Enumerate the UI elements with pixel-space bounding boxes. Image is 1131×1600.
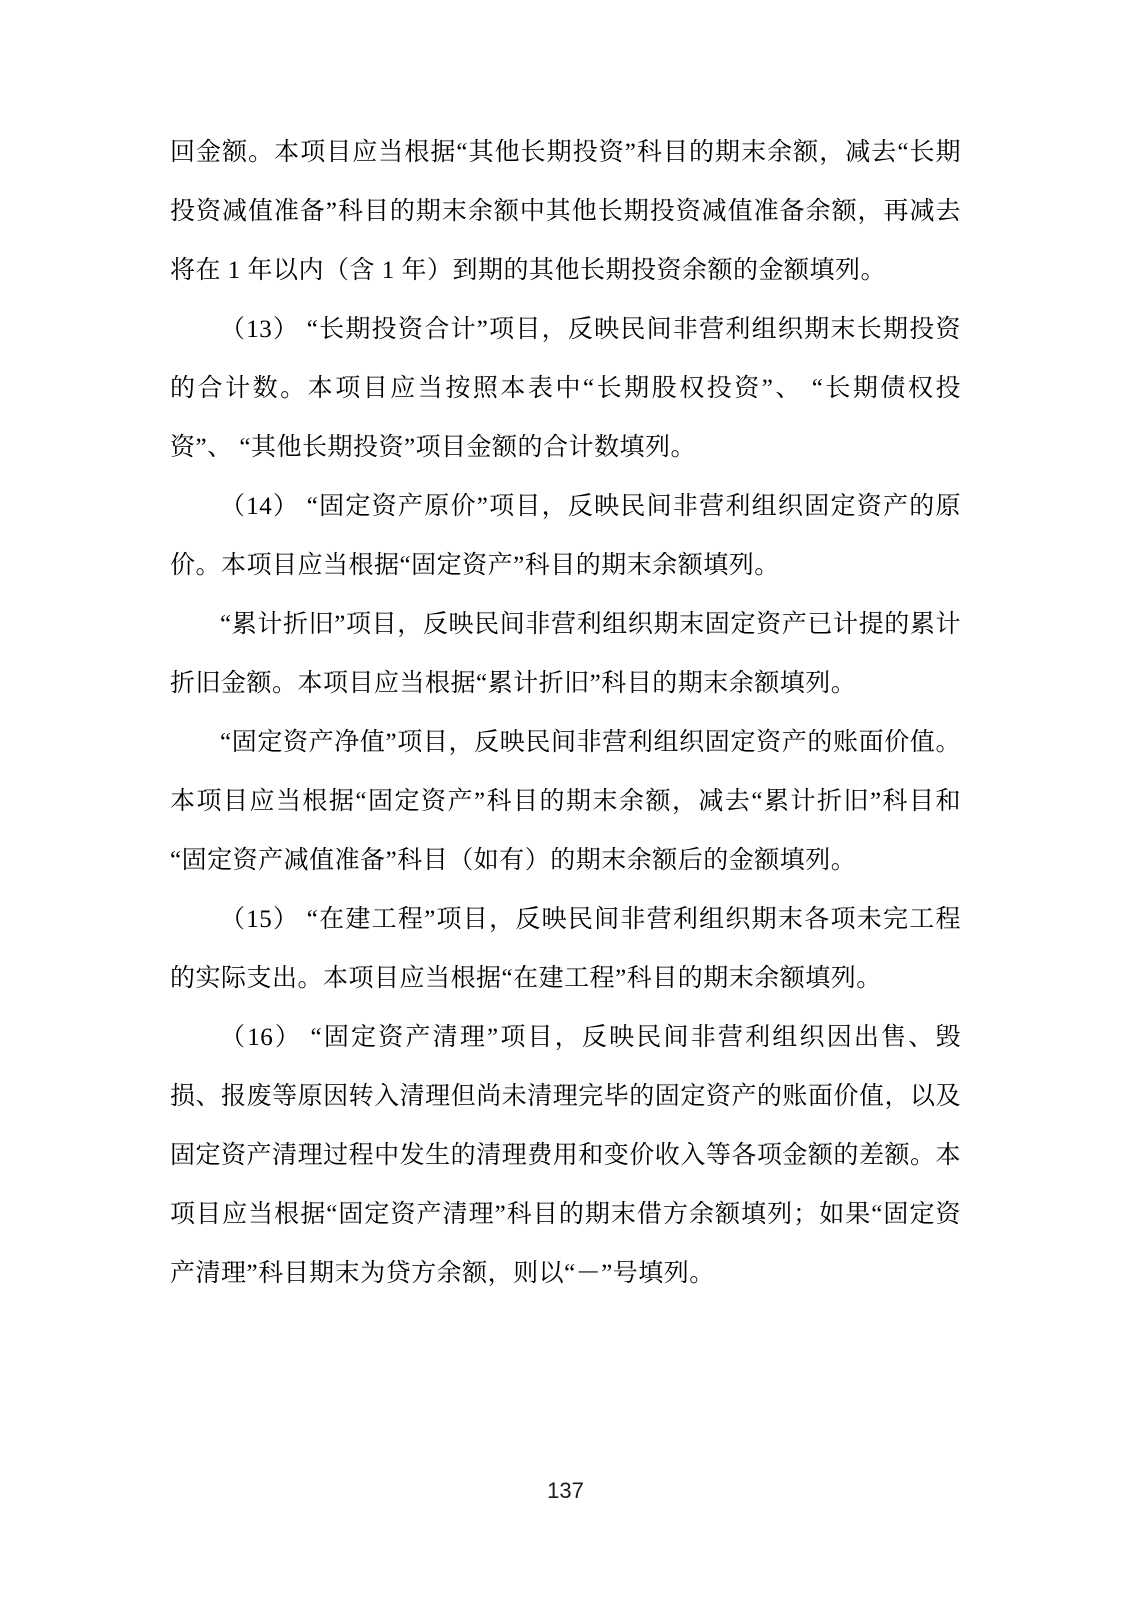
paragraph: 回金额。本项目应当根据“其他长期投资”科目的期末余额，减去“长期投资减值准备”科… — [170, 123, 961, 300]
document-body: 回金额。本项目应当根据“其他长期投资”科目的期末余额，减去“长期投资减值准备”科… — [170, 123, 961, 1303]
page-number: 137 — [0, 1476, 1131, 1506]
paragraph: （14） “固定资产原价”项目，反映民间非营利组织固定资产的原价。本项目应当根据… — [170, 477, 961, 595]
paragraph: （16） “固定资产清理”项目，反映民间非营利组织因出售、毁损、报废等原因转入清… — [170, 1008, 961, 1303]
paragraph: （13） “长期投资合计”项目，反映民间非营利组织期末长期投资的合计数。本项目应… — [170, 300, 961, 477]
document-page: 回金额。本项目应当根据“其他长期投资”科目的期末余额，减去“长期投资减值准备”科… — [0, 0, 1131, 1600]
paragraph: （15） “在建工程”项目，反映民间非营利组织期末各项未完工程的实际支出。本项目… — [170, 890, 961, 1008]
paragraph: “累计折旧”项目，反映民间非营利组织期末固定资产已计提的累计折旧金额。本项目应当… — [170, 595, 961, 713]
paragraph: “固定资产净值”项目，反映民间非营利组织固定资产的账面价值。本项目应当根据“固定… — [170, 713, 961, 890]
